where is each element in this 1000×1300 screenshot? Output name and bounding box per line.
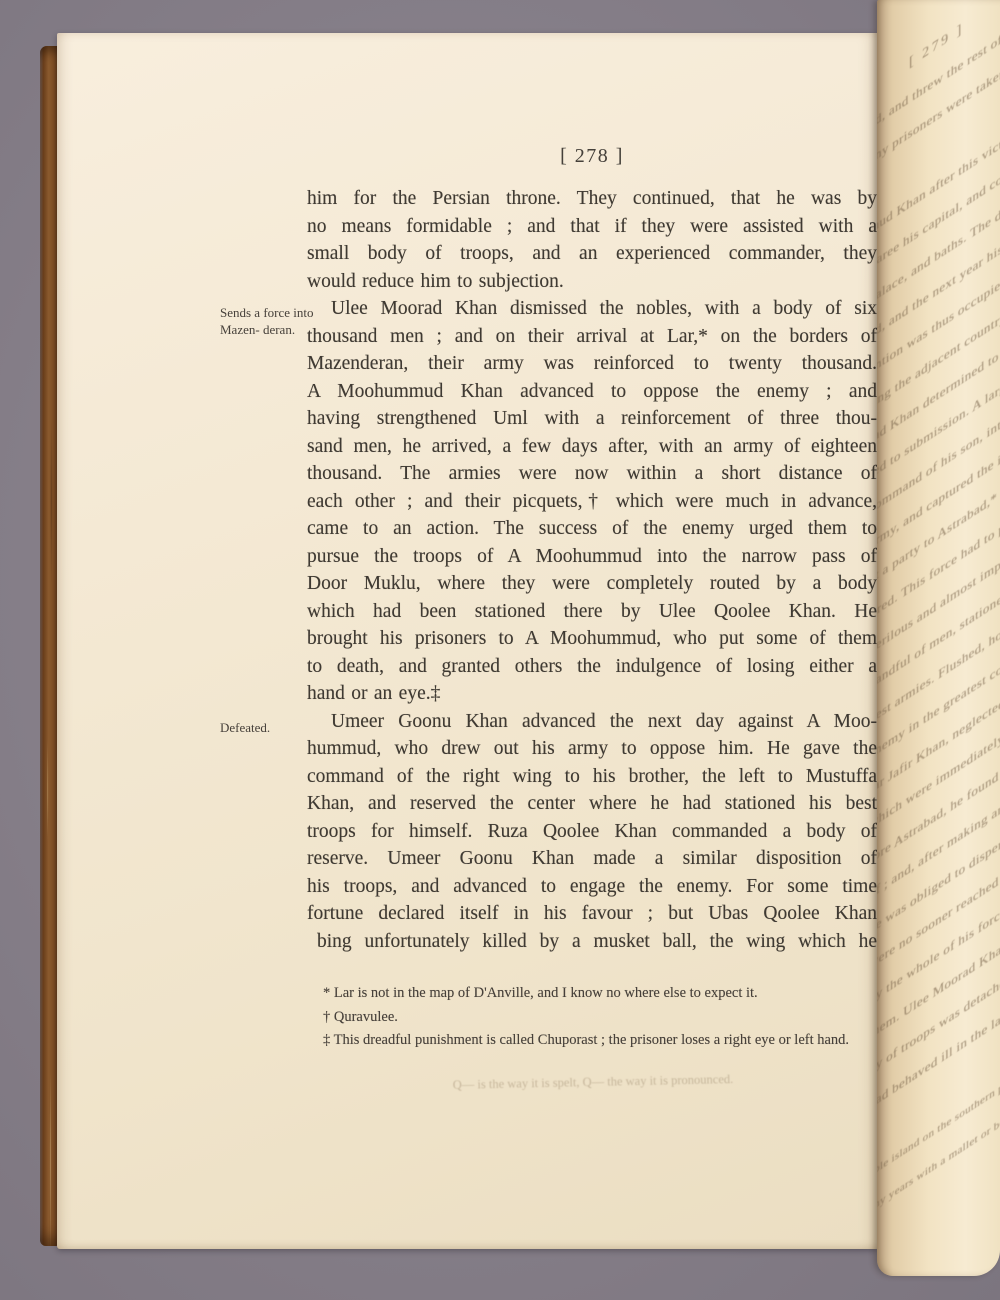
text-line: fortune declared itself in his favour ; … xyxy=(307,900,877,928)
text-line: thousand men ; and on their arrival at L… xyxy=(307,323,877,351)
text-line: reserve. Umeer Goonu Khan made a similar… xyxy=(307,845,877,873)
footnote: ‡ This dreadful punishment is called Chu… xyxy=(307,1029,879,1053)
footnotes: * Lar is not in the map of D'Anville, an… xyxy=(307,982,879,1053)
text-line: Door Muklu, where they were completely r… xyxy=(307,570,877,598)
text-line: small body of troops, and an experienced… xyxy=(307,240,877,268)
page-number: [ 278 ] xyxy=(307,145,877,168)
text-line: hummud, who drew out his army to oppose … xyxy=(307,735,877,763)
text-line: Ulee Moorad Khan dismissed the nobles, w… xyxy=(307,295,877,323)
text-line: bing unfortunately killed by a musket ba… xyxy=(307,928,877,956)
text-line: having strengthened Uml with a reinforce… xyxy=(307,405,877,433)
text-line: Khan, and reserved the center where he h… xyxy=(307,790,877,818)
text-line: troops for himself. Ruza Qoolee Khan com… xyxy=(307,818,877,846)
right-page-edge: [ 279 ]ed, and threw the rest of the arm… xyxy=(877,0,1000,1276)
left-page: [ 278 ] Sends a force into Mazen- deran.… xyxy=(57,33,878,1249)
book-photo: [ 278 ] Sends a force into Mazen- deran.… xyxy=(0,0,1000,1300)
text-line: came to an action. The success of the en… xyxy=(307,515,877,543)
text-line: pursue the troops of A Moohummud into th… xyxy=(307,543,877,571)
text-line: A Moohummud Khan advanced to oppose the … xyxy=(307,378,877,406)
footnote: * Lar is not in the map of D'Anville, an… xyxy=(307,982,879,1006)
text-line: would reduce him to subjection. xyxy=(307,268,877,296)
text-line: brought his prisoners to A Moohummud, wh… xyxy=(307,625,877,653)
margin-note-defeated: Defeated. xyxy=(220,720,314,737)
text-line: which had been stationed there by Ulee Q… xyxy=(307,598,877,626)
text-line: his troops, and advanced to engage the e… xyxy=(307,873,877,901)
show-through-text: Q— is the way it is spelt, Q— the way it… xyxy=(307,1069,879,1096)
body-text: him for the Persian throne. They continu… xyxy=(307,185,877,955)
text-line: to death, and granted others the indulge… xyxy=(307,653,877,681)
text-line: Mazenderan, their army was reinforced to… xyxy=(307,350,877,378)
text-line: sand men, he arrived, a few days after, … xyxy=(307,433,877,461)
footnote: † Quravulee. xyxy=(307,1006,879,1030)
text-line: Umeer Goonu Khan advanced the next day a… xyxy=(307,708,877,736)
text-line: no means formidable ; and that if they w… xyxy=(307,213,877,241)
text-line: each other ; and their picquets,† which … xyxy=(307,488,877,516)
text-line: hand or an eye.‡ xyxy=(307,680,877,708)
text-line: thousand. The armies were now within a s… xyxy=(307,460,877,488)
text-line: command of the right wing to his brother… xyxy=(307,763,877,791)
right-page-text: [ 279 ]ed, and threw the rest of the arm… xyxy=(877,0,1000,1227)
text-line: him for the Persian throne. They continu… xyxy=(307,185,877,213)
margin-note-mazenderan: Sends a force into Mazen- deran. xyxy=(220,305,314,338)
